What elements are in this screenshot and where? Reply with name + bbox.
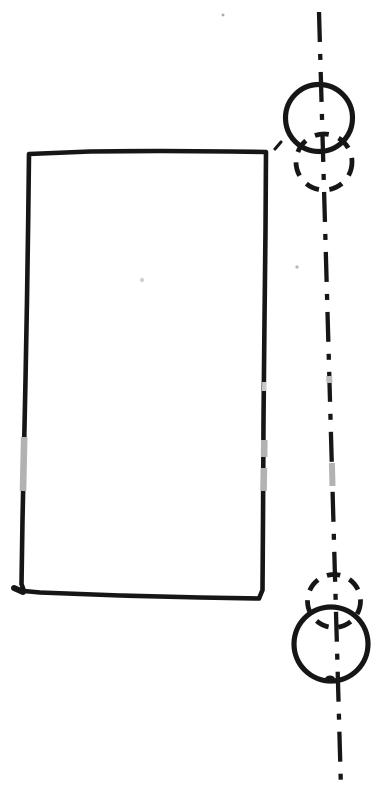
scanned-sketch-page: [0, 0, 387, 800]
fade-centerline-dash: [332, 463, 333, 486]
paper-speck-top: [222, 14, 225, 17]
sketch-svg: [0, 0, 387, 800]
ink-blob-bottom-circle: [325, 676, 335, 683]
bottom-left-pen-hook: [14, 588, 23, 592]
fade-left-edge: [23, 437, 24, 491]
paper-smudge: [140, 278, 144, 282]
paper-speck-middle: [295, 265, 298, 268]
